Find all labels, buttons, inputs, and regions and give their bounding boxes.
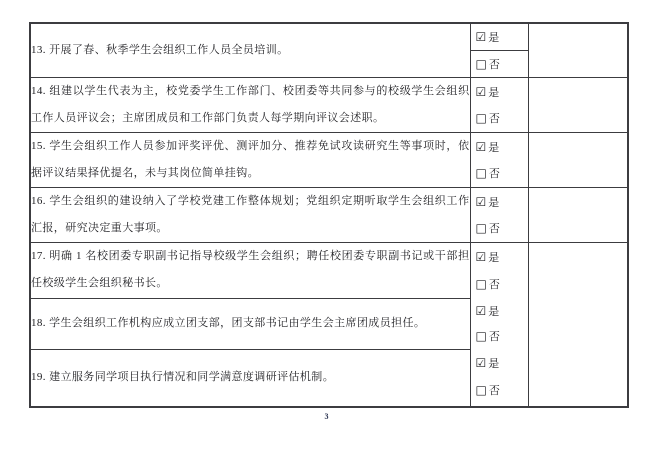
item-15-choice-cell: ☑ 是 □ 否 bbox=[470, 132, 528, 187]
checkbox-unchecked-icon[interactable]: □ bbox=[476, 278, 487, 290]
document-page: 13. 开展了春、秋季学生会组织工作人员全员培训。 ☑ 是 □ 否 14. 组建… bbox=[0, 0, 653, 449]
item-19-text: 19. 建立服务同学项目执行情况和同学满意度调研评估机制。 bbox=[30, 349, 470, 407]
checkbox-unchecked-icon[interactable]: □ bbox=[476, 167, 487, 179]
checkbox-unchecked-icon[interactable]: □ bbox=[476, 384, 487, 396]
items-17-19-choice-cell: ☑ 是 □ 否 ☑ 是 □ bbox=[470, 242, 528, 407]
checkbox-unchecked-icon[interactable]: □ bbox=[476, 330, 487, 342]
item-16-note-cell bbox=[528, 187, 628, 242]
item-15-text: 15. 学生会组织工作人员参加评奖评优、测评加分、推荐免试攻读研究生等事项时，依… bbox=[30, 132, 470, 187]
no-label: 否 bbox=[489, 276, 500, 292]
item-18-text: 18. 学生会组织工作机构应成立团支部，团支部书记由学生会主席团成员担任。 bbox=[30, 298, 470, 349]
item-13-yes-option[interactable]: ☑ 是 bbox=[471, 24, 528, 51]
item-16-yes-option[interactable]: ☑ 是 bbox=[471, 189, 528, 215]
table-row: 14. 组建以学生代表为主，校党委学生工作部门、校团委等共同参与的校级学生会组织… bbox=[30, 77, 628, 132]
checkbox-unchecked-icon[interactable]: □ bbox=[476, 222, 487, 234]
item-16-text: 16. 学生会组织的建设纳入了学校党建工作整体规划；党组织定期听取学生会组织工作… bbox=[30, 187, 470, 242]
yes-label: 是 bbox=[488, 194, 499, 210]
item-14-choice-cell: ☑ 是 □ 否 bbox=[470, 77, 528, 132]
item-18-yes-option[interactable]: ☑ 是 bbox=[471, 298, 528, 324]
checkbox-checked-icon[interactable]: ☑ bbox=[476, 305, 487, 317]
table-row: 17. 明确 1 名校团委专职副书记指导校级学生会组织；聘任校团委专职副书记或干… bbox=[30, 242, 628, 298]
yes-label: 是 bbox=[488, 84, 499, 100]
item-17-text: 17. 明确 1 名校团委专职副书记指导校级学生会组织；聘任校团委专职副书记或干… bbox=[30, 242, 470, 298]
item-19-no-option[interactable]: □ 否 bbox=[471, 377, 528, 403]
item-14-note-cell bbox=[528, 77, 628, 132]
item-18-choice-group: ☑ 是 □ 否 bbox=[471, 298, 528, 349]
no-label: 否 bbox=[489, 328, 500, 344]
item-14-text: 14. 组建以学生代表为主，校党委学生工作部门、校团委等共同参与的校级学生会组织… bbox=[30, 77, 470, 132]
no-label: 否 bbox=[489, 382, 500, 398]
checkbox-checked-icon[interactable]: ☑ bbox=[476, 196, 487, 208]
item-15-yes-option[interactable]: ☑ 是 bbox=[471, 134, 528, 160]
item-14-no-option[interactable]: □ 否 bbox=[471, 105, 528, 131]
yes-label: 是 bbox=[488, 29, 499, 45]
item-13-no-option[interactable]: □ 否 bbox=[471, 51, 528, 76]
no-label: 否 bbox=[489, 110, 500, 126]
page-number: 3 bbox=[0, 412, 653, 421]
item-17-choice-group: ☑ 是 □ 否 bbox=[471, 244, 528, 298]
checkbox-checked-icon[interactable]: ☑ bbox=[476, 141, 487, 153]
item-16-choice-cell: ☑ 是 □ 否 bbox=[470, 187, 528, 242]
checkbox-checked-icon[interactable]: ☑ bbox=[476, 251, 487, 263]
checkbox-checked-icon[interactable]: ☑ bbox=[476, 86, 487, 98]
item-19-yes-option[interactable]: ☑ 是 bbox=[471, 350, 528, 376]
no-label: 否 bbox=[489, 165, 500, 181]
yes-label: 是 bbox=[488, 303, 499, 319]
yes-label: 是 bbox=[488, 249, 499, 265]
item-13-note-cell bbox=[528, 23, 628, 77]
table-row: 16. 学生会组织的建设纳入了学校党建工作整体规划；党组织定期听取学生会组织工作… bbox=[30, 187, 628, 242]
item-13-choice-cell: ☑ 是 □ 否 bbox=[470, 23, 528, 77]
item-15-no-option[interactable]: □ 否 bbox=[471, 160, 528, 186]
table-row: 13. 开展了春、秋季学生会组织工作人员全员培训。 ☑ 是 □ 否 bbox=[30, 23, 628, 77]
no-label: 否 bbox=[489, 56, 500, 72]
item-16-no-option[interactable]: □ 否 bbox=[471, 215, 528, 241]
item-14-yes-option[interactable]: ☑ 是 bbox=[471, 79, 528, 105]
checkbox-checked-icon[interactable]: ☑ bbox=[476, 357, 487, 369]
yes-label: 是 bbox=[488, 355, 499, 371]
item-17-no-option[interactable]: □ 否 bbox=[471, 271, 528, 297]
checkbox-unchecked-icon[interactable]: □ bbox=[476, 112, 487, 124]
item-17-yes-option[interactable]: ☑ 是 bbox=[471, 244, 528, 270]
item-19-choice-group: ☑ 是 □ 否 bbox=[471, 349, 528, 405]
table-row: 15. 学生会组织工作人员参加评奖评优、测评加分、推荐免试攻读研究生等事项时，依… bbox=[30, 132, 628, 187]
item-15-note-cell bbox=[528, 132, 628, 187]
items-17-19-note-cell bbox=[528, 242, 628, 407]
checklist-table: 13. 开展了春、秋季学生会组织工作人员全员培训。 ☑ 是 □ 否 14. 组建… bbox=[29, 22, 629, 408]
no-label: 否 bbox=[489, 220, 500, 236]
checkbox-unchecked-icon[interactable]: □ bbox=[476, 58, 487, 70]
item-13-text: 13. 开展了春、秋季学生会组织工作人员全员培训。 bbox=[30, 23, 470, 77]
yes-label: 是 bbox=[488, 139, 499, 155]
checkbox-checked-icon[interactable]: ☑ bbox=[476, 31, 487, 43]
item-18-no-option[interactable]: □ 否 bbox=[471, 323, 528, 349]
